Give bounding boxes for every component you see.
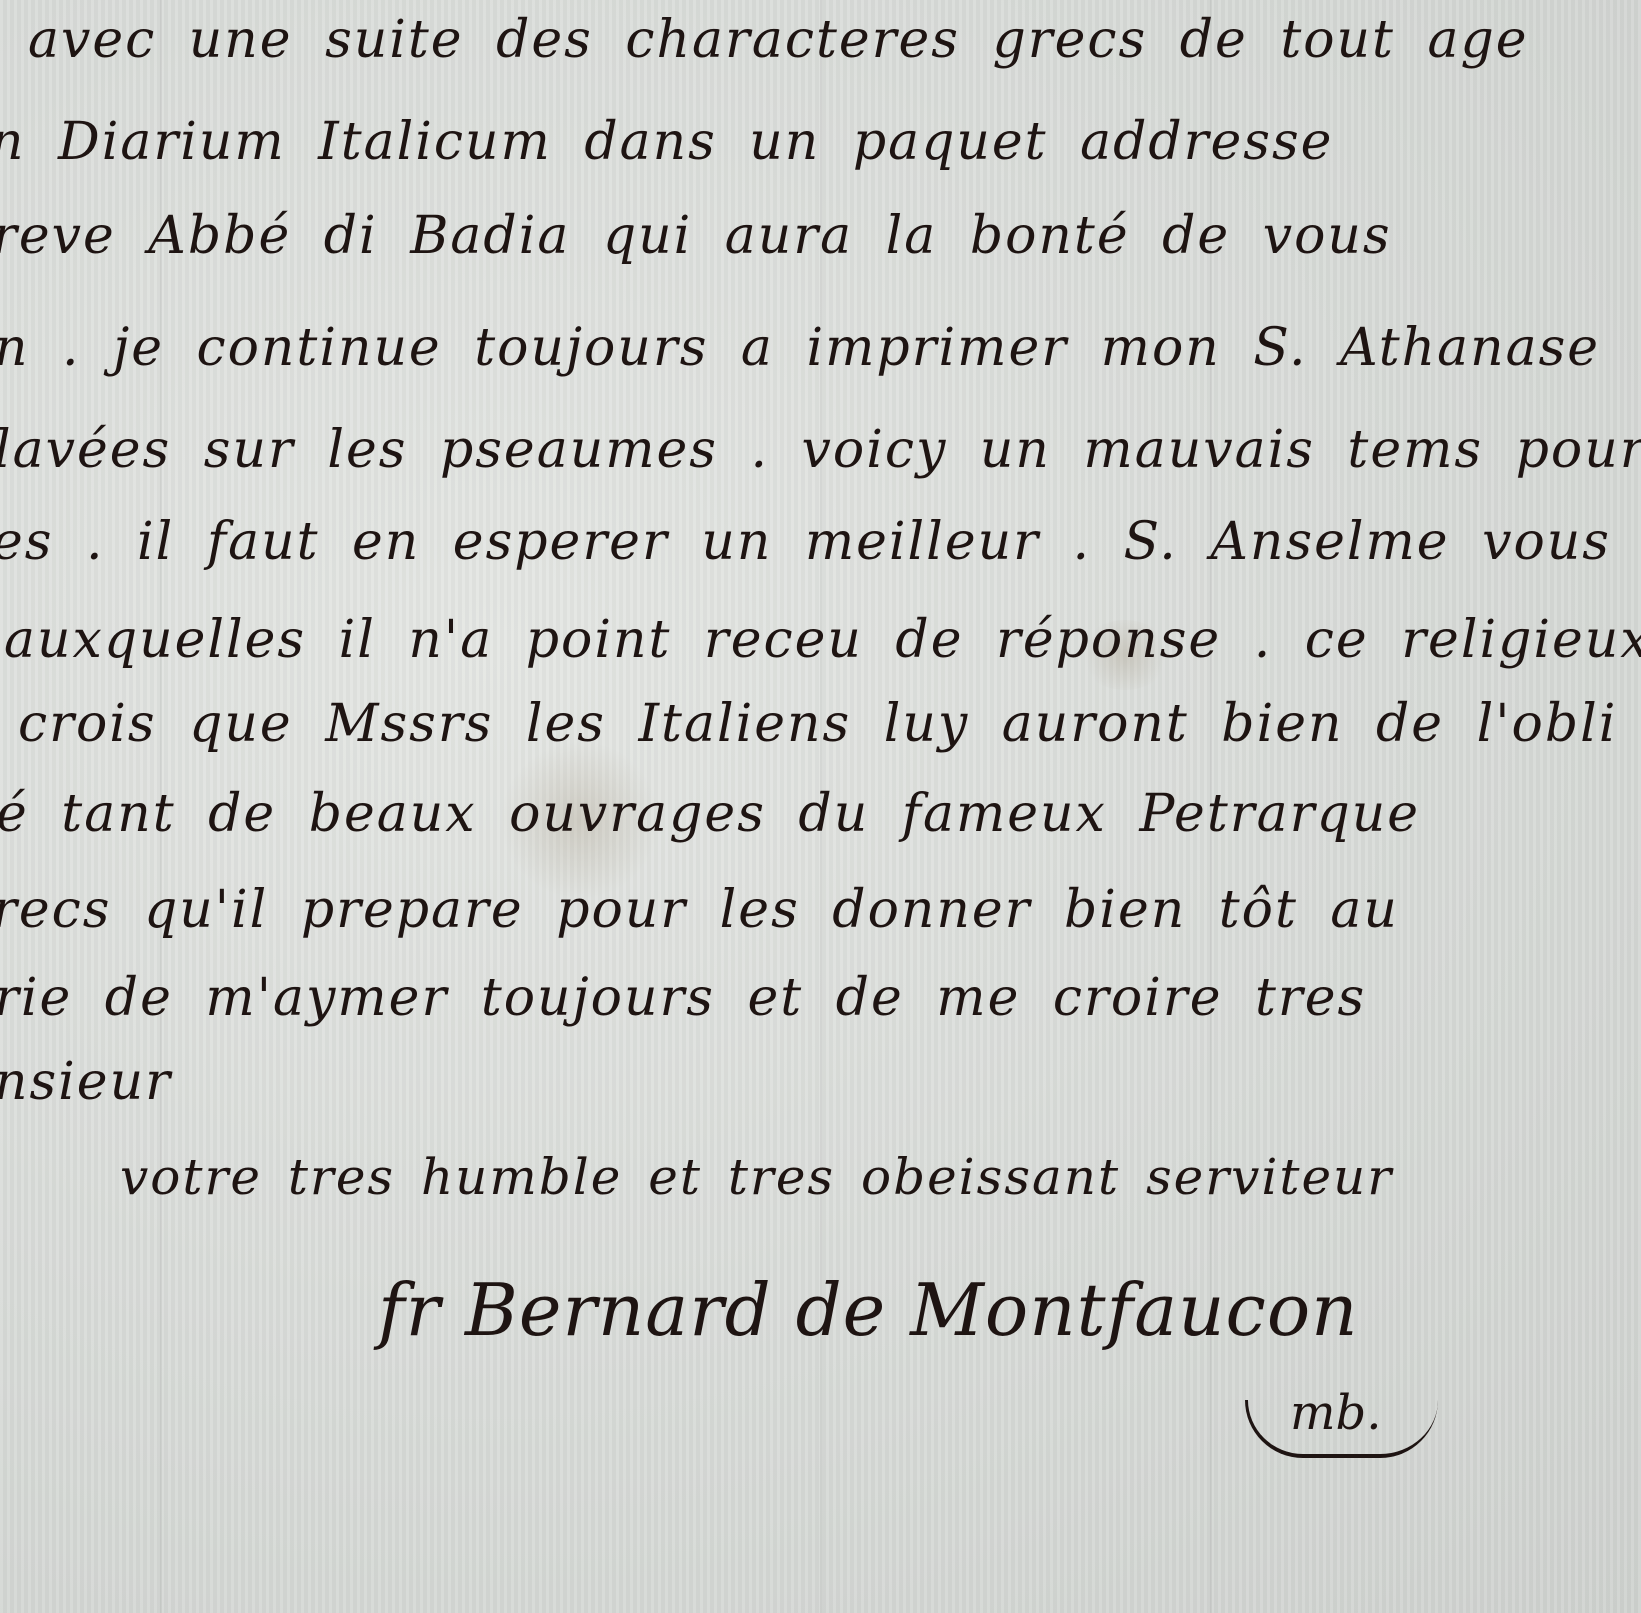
letter-line-8: crois que Mssrs les Italiens luy auront … xyxy=(18,694,1617,754)
letter-closing: votre tres humble et tres obeissant serv… xyxy=(120,1148,1393,1206)
letter-line-10: recs qu'il prepare pour les donner bien … xyxy=(0,880,1399,940)
letter-line-9: é tant de beaux ouvrages du fameux Petra… xyxy=(0,784,1420,844)
signature-suffix: mb. xyxy=(1290,1385,1382,1441)
letter-line-6: es . il faut en esperer un meilleur . S.… xyxy=(0,512,1611,572)
letter-line-2: n Diarium Italicum dans un paquet addres… xyxy=(0,112,1333,172)
letter-line-1: avec une suite des characteres grecs de … xyxy=(28,10,1529,70)
letter-line-11: rie de m'aymer toujours et de me croire … xyxy=(0,968,1366,1028)
letter-signature: fr Bernard de Montfaucon xyxy=(378,1268,1359,1352)
letter-line-3: reve Abbé di Badia qui aura la bonté de … xyxy=(0,206,1392,266)
letter-page: avec une suite des characteres grecs de … xyxy=(0,0,1641,1613)
letter-line-5: lavées sur les pseaumes . voicy un mauva… xyxy=(0,420,1641,480)
letter-line-12: nsieur xyxy=(0,1052,172,1112)
letter-line-7: auxquelles il n'a point receu de réponse… xyxy=(4,610,1641,670)
letter-line-4: n . je continue toujours a imprimer mon … xyxy=(0,318,1600,378)
